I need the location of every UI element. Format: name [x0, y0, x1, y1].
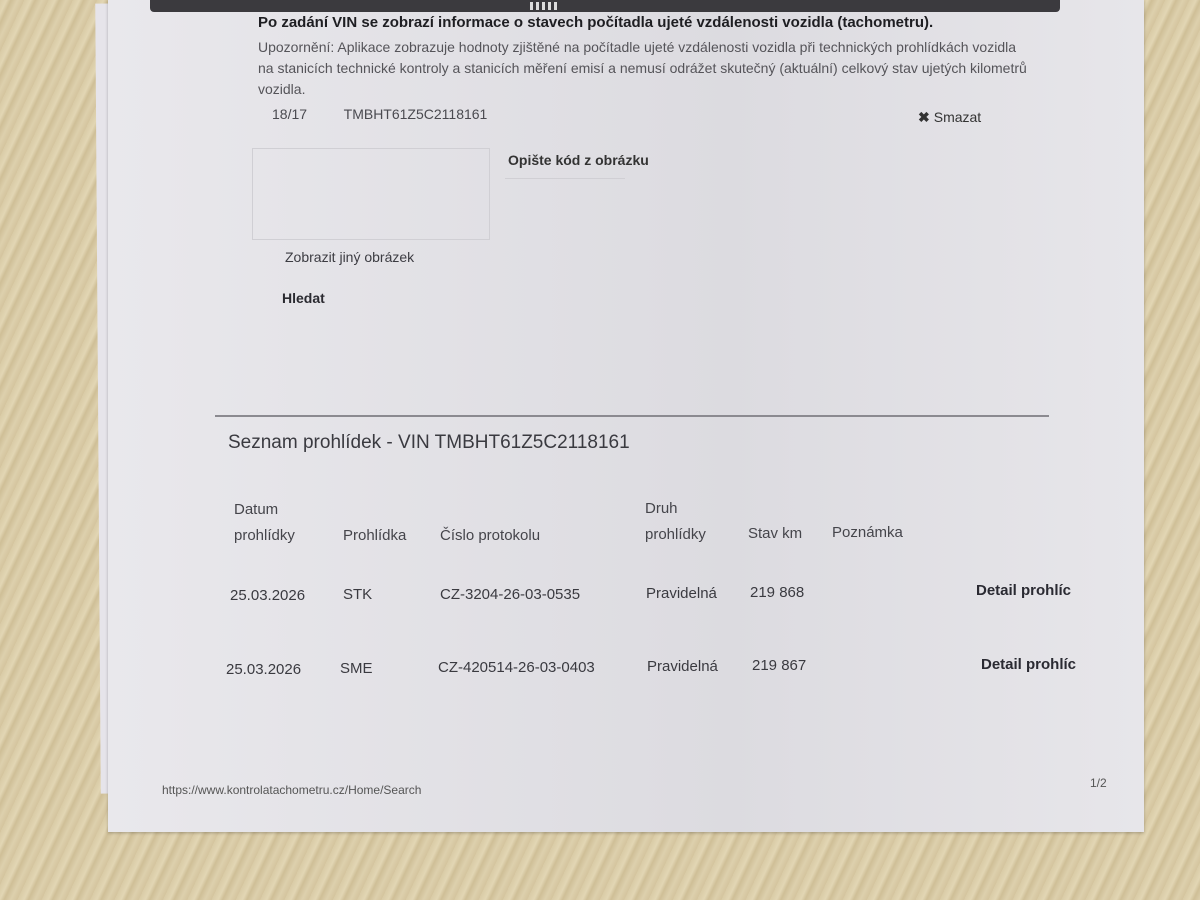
footer-url: https://www.kontrolatachometru.cz/Home/S…: [162, 783, 421, 797]
detail-link[interactable]: Detail prohlíc: [981, 656, 1076, 673]
cell-kind: Pravidelná: [647, 658, 718, 675]
search-button[interactable]: Hledat: [282, 290, 325, 306]
header-date: Datum prohlídky: [234, 497, 295, 549]
cell-kind: Pravidelná: [646, 585, 717, 602]
cell-protocol: CZ-420514-26-03-0403: [438, 659, 595, 676]
refresh-captcha-link[interactable]: Zobrazit jiný obrázek: [285, 249, 414, 265]
captcha-label: Opište kód z obrázku: [508, 152, 649, 168]
header-banner: [150, 0, 1060, 12]
vin-entry: 18/17 TMBHT61Z5C2118161: [272, 106, 487, 122]
header-kind-line2: prohlídky: [645, 522, 706, 548]
cell-date: 25.03.2026: [230, 587, 305, 604]
header-type: Prohlídka: [343, 523, 406, 549]
page-number: 1/2: [1090, 776, 1107, 790]
delete-button[interactable]: ✖Smazat: [918, 109, 981, 126]
inspections-title: Seznam prohlídek - VIN TMBHT61Z5C2118161: [228, 432, 630, 454]
vin-value[interactable]: TMBHT61Z5C2118161: [344, 106, 488, 122]
header-kind: Druh prohlídky: [645, 496, 706, 548]
cell-type: SME: [340, 660, 373, 677]
intro-heading: Po zadání VIN se zobrazí informace o sta…: [258, 14, 933, 31]
cell-km: 219 867: [752, 657, 806, 674]
close-icon: ✖: [918, 109, 930, 125]
cell-protocol: CZ-3204-26-03-0535: [440, 586, 580, 603]
header-protocol: Číslo protokolu: [440, 523, 540, 549]
vin-char-count: 18/17: [272, 106, 340, 122]
banner-graphic: [530, 2, 560, 10]
cell-date: 25.03.2026: [226, 661, 301, 678]
header-km: Stav km: [748, 521, 802, 547]
cell-km: 219 868: [750, 584, 804, 601]
header-date-line1: Datum: [234, 497, 295, 523]
captcha-input[interactable]: [505, 178, 625, 239]
cell-type: STK: [343, 586, 372, 603]
intro-notice: Upozornění: Aplikace zobrazuje hodnoty z…: [258, 37, 1028, 100]
delete-label: Smazat: [934, 109, 981, 125]
header-kind-line1: Druh: [645, 496, 706, 522]
detail-link[interactable]: Detail prohlíc: [976, 582, 1071, 599]
header-note: Poznámka: [832, 520, 903, 546]
captcha-image: [252, 148, 490, 240]
header-date-line2: prohlídky: [234, 523, 295, 549]
section-divider: [215, 415, 1049, 417]
